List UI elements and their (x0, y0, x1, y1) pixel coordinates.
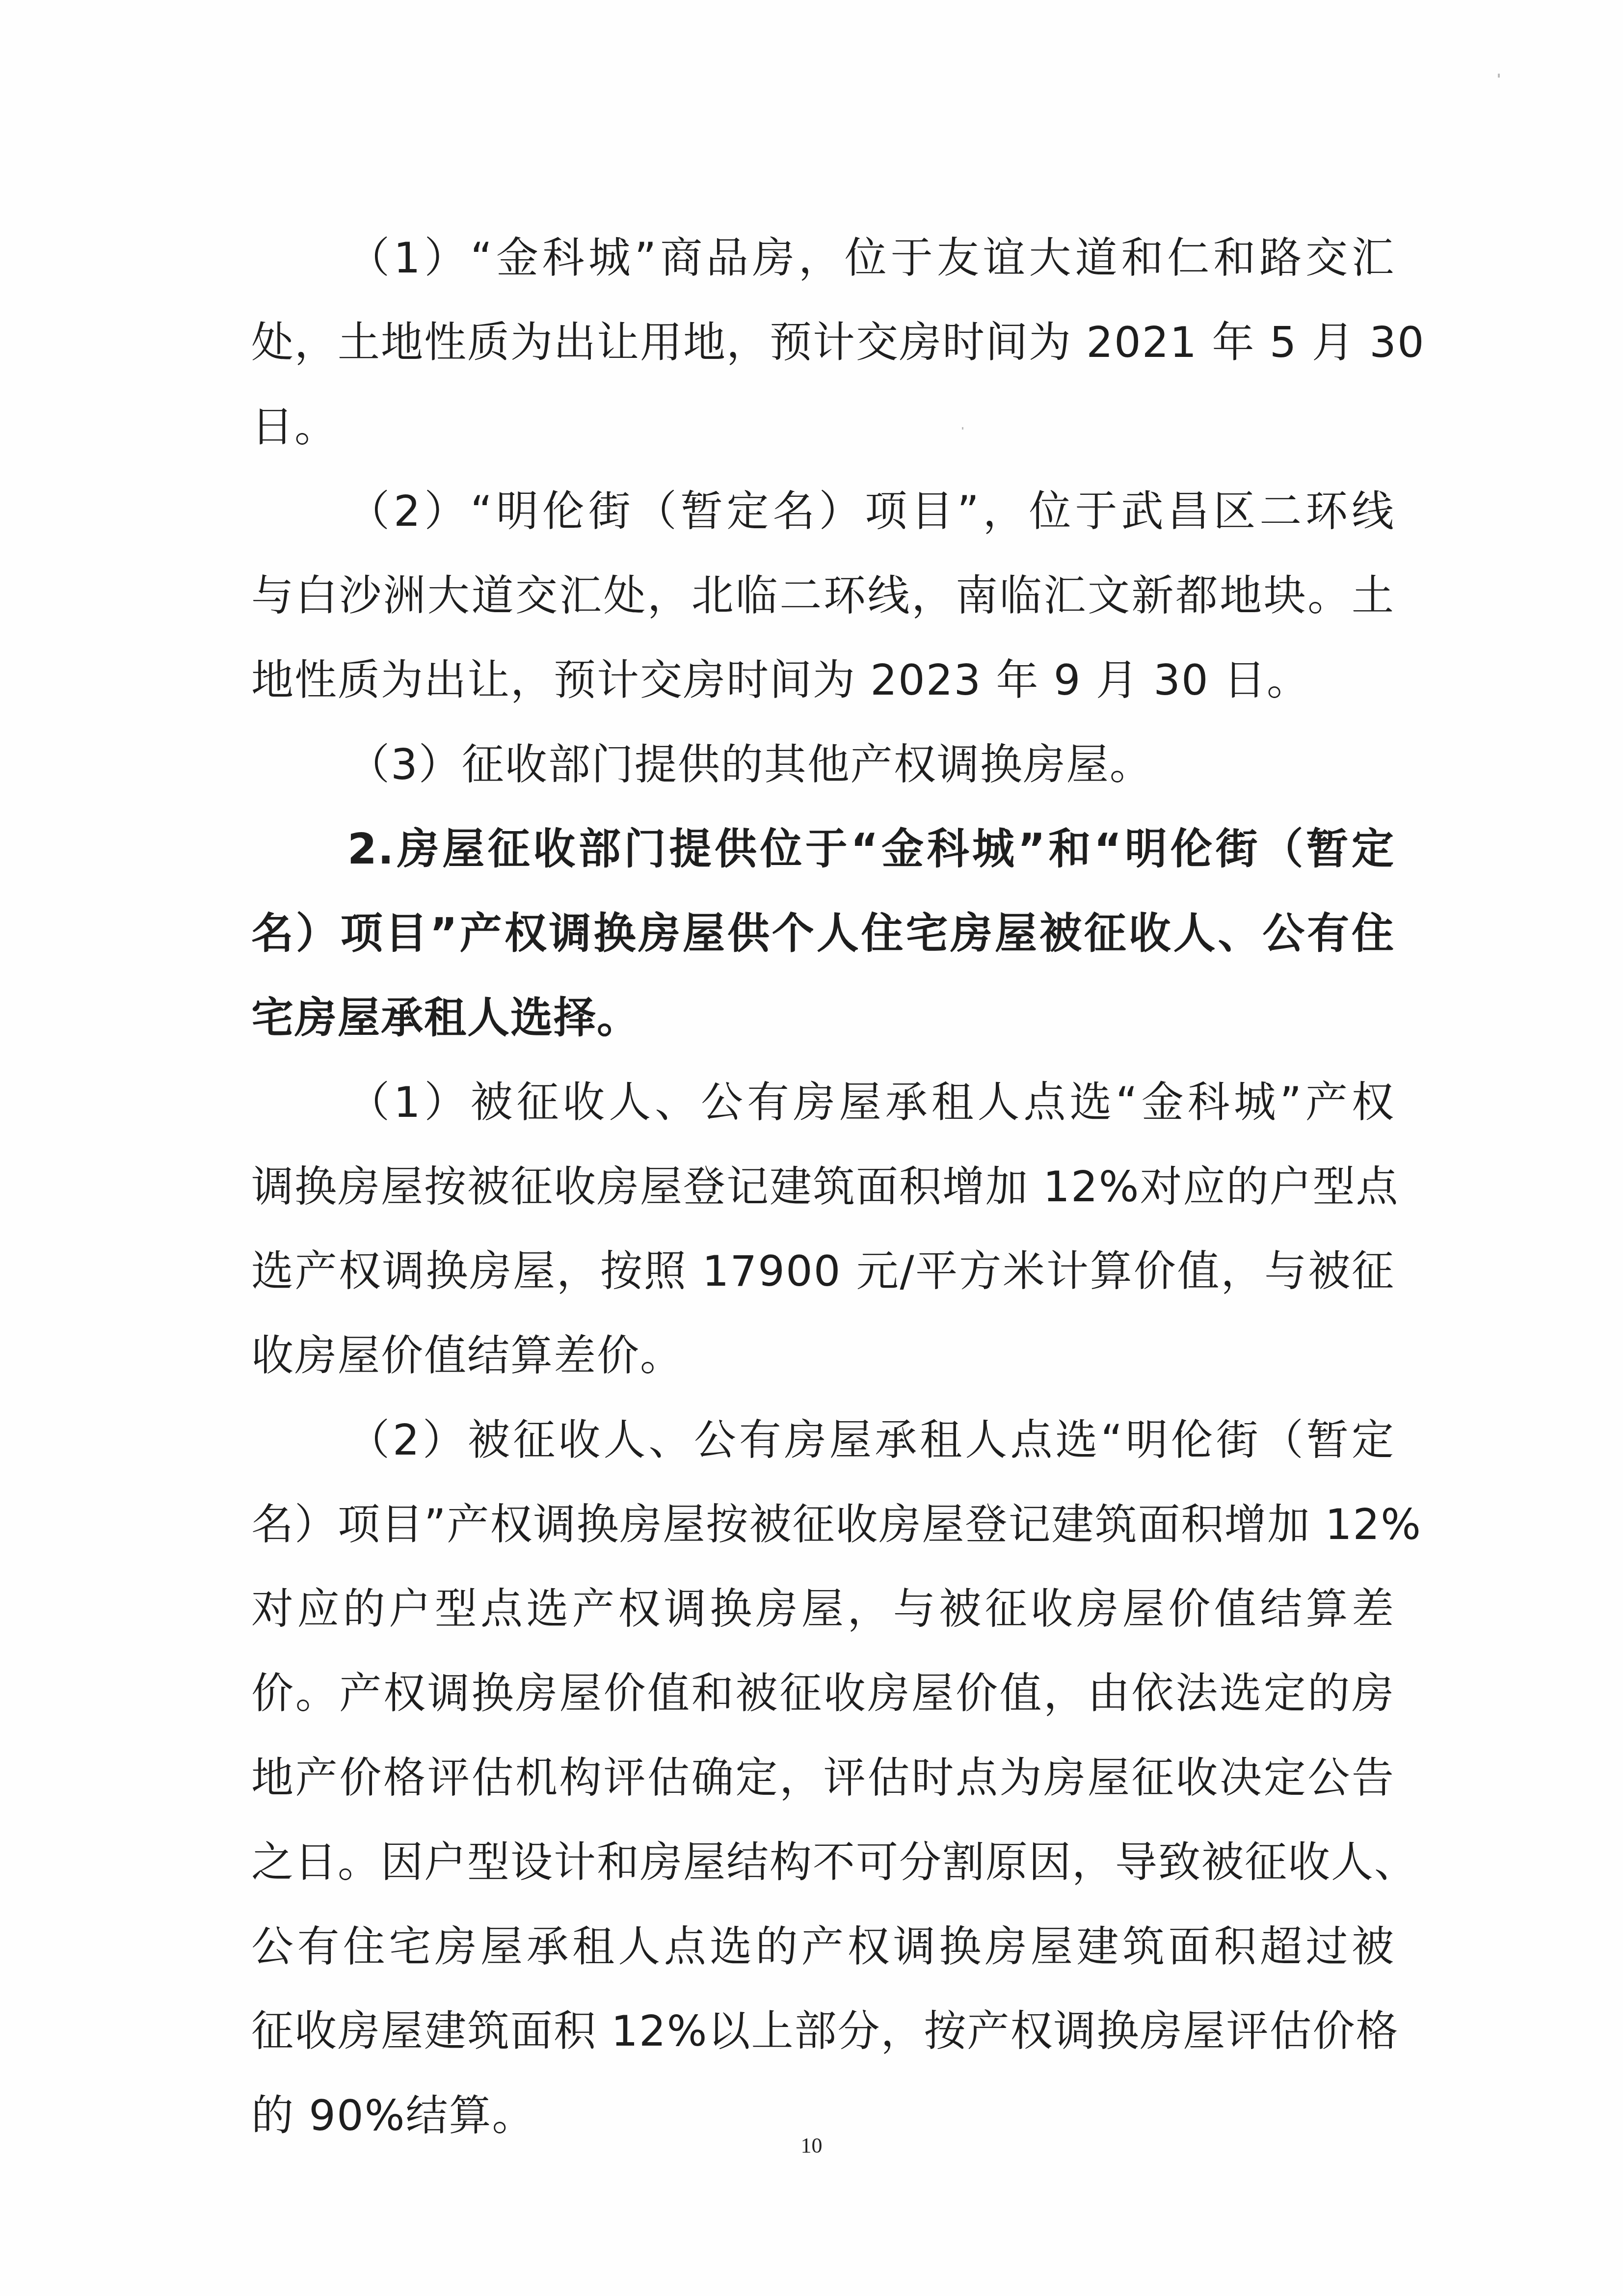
text-line: 价。产权调换房屋价值和被征收房屋价值，由依法选定的房 (251, 1651, 1395, 1736)
text-line: 地产价格评估机构评估确定，评估时点为房屋征收决定公告 (251, 1736, 1395, 1820)
body-text: （1）“金科城”商品房，位于友谊大道和仁和路交汇 处，土地性质为出让用地，预计交… (251, 216, 1395, 2158)
text-line: 名）项目”产权调换房屋按被征收房屋登记建筑面积增加 12% (251, 1483, 1395, 1567)
document-page: （1）“金科城”商品房，位于友谊大道和仁和路交汇 处，土地性质为出让用地，预计交… (0, 0, 1623, 2296)
text-line: 对应的户型点选产权调换房屋，与被征收房屋价值结算差 (251, 1567, 1395, 1651)
page-number: 10 (0, 2133, 1623, 2158)
text-line: （2）“明伦街（暂定名）项目”，位于武昌区二环线 (251, 469, 1395, 554)
scan-speck (1498, 74, 1500, 78)
paragraph-minglunjie-pricing: （2）被征收人、公有房屋承租人点选“明伦街（暂定 名）项目”产权调换房屋按被征收… (251, 1398, 1395, 2158)
section-heading-2: 2.房屋征收部门提供位于“金科城”和“明伦街（暂定 名）项目”产权调换房屋供个人… (251, 807, 1395, 1060)
text-line: 公有住宅房屋承租人点选的产权调换房屋建筑面积超过被 (251, 1905, 1395, 1989)
text-line: 征收房屋建筑面积 12%以上部分，按产权调换房屋评估价格 (251, 1989, 1395, 2074)
heading-line: 名）项目”产权调换房屋供个人住宅房屋被征收人、公有住 (251, 891, 1395, 976)
text-line: （3）征收部门提供的其他产权调换房屋。 (251, 723, 1395, 807)
text-line: 地性质为出让，预计交房时间为 2023 年 9 月 30 日。 (251, 638, 1395, 723)
paragraph-jinkecheng-location: （1）“金科城”商品房，位于友谊大道和仁和路交汇 处，土地性质为出让用地，预计交… (251, 216, 1395, 469)
paragraph-minglunjie-location: （2）“明伦街（暂定名）项目”，位于武昌区二环线 与白沙洲大道交汇处，北临二环线… (251, 469, 1395, 723)
text-line: 处，土地性质为出让用地，预计交房时间为 2021 年 5 月 30 (251, 300, 1395, 385)
paragraph-other-housing: （3）征收部门提供的其他产权调换房屋。 (251, 723, 1395, 807)
heading-line: 2.房屋征收部门提供位于“金科城”和“明伦街（暂定 (251, 807, 1395, 891)
text-line: 之日。因户型设计和房屋结构不可分割原因，导致被征收人、 (251, 1820, 1395, 1905)
text-line: 调换房屋按被征收房屋登记建筑面积增加 12%对应的户型点 (251, 1145, 1395, 1229)
text-line: 选产权调换房屋，按照 17900 元/平方米计算价值，与被征 (251, 1229, 1395, 1314)
text-line: 与白沙洲大道交汇处，北临二环线，南临汇文新都地块。土 (251, 554, 1395, 638)
text-line: （2）被征收人、公有房屋承租人点选“明伦街（暂定 (251, 1398, 1395, 1483)
text-line: 日。 (251, 385, 1395, 469)
paragraph-jinkecheng-pricing: （1）被征收人、公有房屋承租人点选“金科城”产权 调换房屋按被征收房屋登记建筑面… (251, 1060, 1395, 1398)
text-line: （1）“金科城”商品房，位于友谊大道和仁和路交汇 (251, 216, 1395, 300)
text-line: 收房屋价值结算差价。 (251, 1314, 1395, 1398)
scan-speck (962, 427, 963, 430)
heading-line: 宅房屋承租人选择。 (251, 976, 1395, 1060)
text-line: （1）被征收人、公有房屋承租人点选“金科城”产权 (251, 1060, 1395, 1145)
scan-speck (564, 1350, 566, 1355)
